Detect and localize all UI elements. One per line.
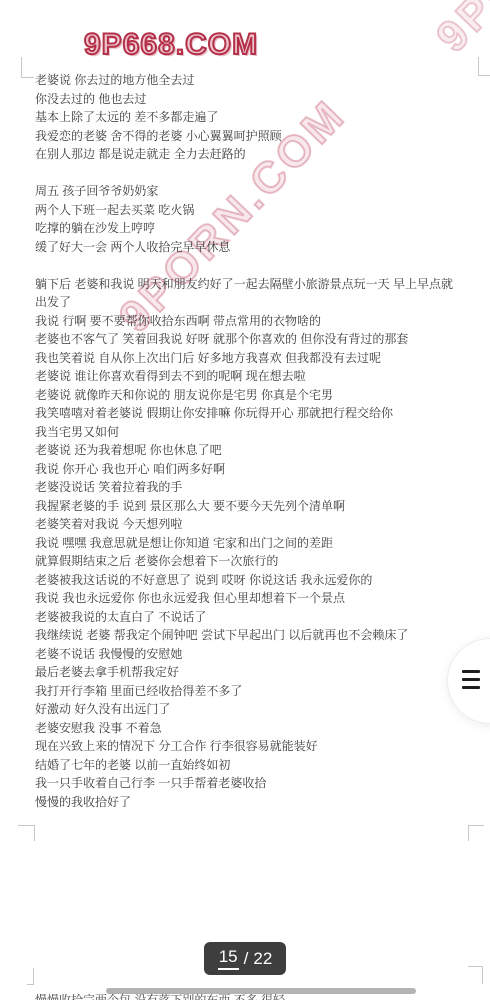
text-line: 老婆被我说的太直白了 不说话了 [35, 608, 463, 627]
text-line: 就算假期结束之后 老婆你会想着下一次旅行的 [35, 552, 463, 571]
page-separator: / [244, 949, 249, 969]
text-line: 我握紧老婆的手 说到 景区那么大 要不要今天先列个清单啊 [35, 497, 463, 516]
text-line: 周五 孩子回爷爷奶奶家 [35, 182, 463, 201]
text-line: 吃撑的躺在沙发上哼哼 [35, 219, 463, 238]
text-line: 好激动 好久没有出远门了 [35, 700, 463, 719]
text-line: 基本上除了太远的 差不多都走遍了 [35, 108, 463, 127]
document-text: 老婆说 你去过的地方他全去过你没去过的 他也去过基本上除了太远的 差不多都走遍了… [35, 71, 463, 830]
page-corner-mark [27, 968, 34, 985]
text-line: 老婆没说话 笑着拉着我的手 [35, 478, 463, 497]
text-line: 我也笑着说 自从你上次出门后 好多地方我喜欢 但我都没有去过呢 [35, 349, 463, 368]
page-corner-mark [18, 825, 35, 841]
text-line: 老婆笑着对我说 今天想列啦 [35, 515, 463, 534]
text-line: 我当宅男又如何 [35, 423, 463, 442]
text-line: 你没去过的 他也去过 [35, 90, 463, 109]
text-line: 老婆安慰我 没事 不着急 [35, 719, 463, 738]
next-page-preview-line: 慢慢收拾完两个包 没有落下别的东西 不多 很轻 [35, 991, 463, 1000]
text-line: 老婆说 你去过的地方他全去过 [35, 71, 463, 90]
text-line: 老婆说 还为我着想呢 你也休息了吧 [35, 441, 463, 460]
text-line: 结婚了七年的老婆 以前一直始终如初 [35, 756, 463, 775]
diagonal-watermark-fragment: 9PORN.COM [427, 0, 490, 62]
text-line: 我说 嘿嘿 我意思就是想让你知道 宅家和出门之间的差距 [35, 534, 463, 553]
hamburger-icon [462, 670, 480, 694]
current-page[interactable]: 15 [218, 947, 239, 970]
text-line: 我笑嘻嘻对着老婆说 假期让你安排嘛 你玩得开心 那就把行程交给你 [35, 404, 463, 423]
text-line: 我说 我也永远爱你 你也永远爱我 但心里却想着下一个景点 [35, 589, 463, 608]
brand-watermark: 9P668.COM [84, 28, 258, 62]
paragraph: 老婆说 你去过的地方他全去过你没去过的 他也去过基本上除了太远的 差不多都走遍了… [35, 71, 463, 164]
page-corner-mark [478, 57, 490, 76]
text-line: 缓了好大一会 两个人收拾完早早休息 [35, 238, 463, 257]
text-line: 我继续说 老婆 帮我定个闹钟吧 尝试下早起出门 以后就再也不会赖床了 [35, 626, 463, 645]
text-line: 躺下后 老婆和我说 明天和朋友约好了一起去隔壁小旅游景点玩一天 早上早点就出发了 [35, 275, 463, 312]
paragraph: 周五 孩子回爷爷奶奶家两个人下班一起去买菜 吃火锅吃撑的躺在沙发上哼哼缓了好大一… [35, 182, 463, 256]
text-line: 老婆不说话 我慢慢的安慰她 [35, 645, 463, 664]
text-line: 两个人下班一起去买菜 吃火锅 [35, 201, 463, 220]
text-line: 最后老婆去拿手机帮我定好 [35, 663, 463, 682]
text-line: 我爱恋的老婆 舍不得的老婆 小心翼翼呵护照顾 [35, 127, 463, 146]
text-line: 我一只手收着自己行李 一只手帮着老婆收拾 [35, 774, 463, 793]
paragraph: 躺下后 老婆和我说 明天和朋友约好了一起去隔壁小旅游景点玩一天 早上早点就出发了… [35, 275, 463, 812]
reader-screen: 9P668.COM 9PORN.COM 9PORN.COM 老婆说 你去过的地方… [0, 0, 490, 1000]
text-line: 老婆说 谁让你喜欢看得到去不到的呢啊 现在想去啦 [35, 367, 463, 386]
text-line: 我说 你开心 我也开心 咱们两多好啊 [35, 460, 463, 479]
total-pages: 22 [253, 949, 272, 969]
text-line: 慢慢的我收拾好了 [35, 793, 463, 812]
text-line: 我说 行啊 要不要帮你收拾东西啊 带点常用的衣物啥的 [35, 312, 463, 331]
page-corner-mark [468, 966, 483, 984]
text-line: 老婆也不客气了 笑着回我说 好呀 就那个你喜欢的 但你没有背过的那套 [35, 330, 463, 349]
page-corner-mark [21, 57, 34, 78]
page-corner-mark [468, 825, 484, 841]
text-line: 老婆被我这话说的不好意思了 说到 哎呀 你说这话 我永远爱你的 [35, 571, 463, 590]
text-line: 老婆说 就像昨天和你说的 朋友说你是宅男 你真是个宅男 [35, 386, 463, 405]
text-line: 现在兴致上来的情况下 分工合作 行李很容易就能装好 [35, 737, 463, 756]
text-line: 在别人那边 都是说走就走 全力去赶路的 [35, 145, 463, 164]
text-line: 我打开行李箱 里面已经收拾得差不多了 [35, 682, 463, 701]
page-indicator[interactable]: 15 / 22 [204, 942, 286, 975]
